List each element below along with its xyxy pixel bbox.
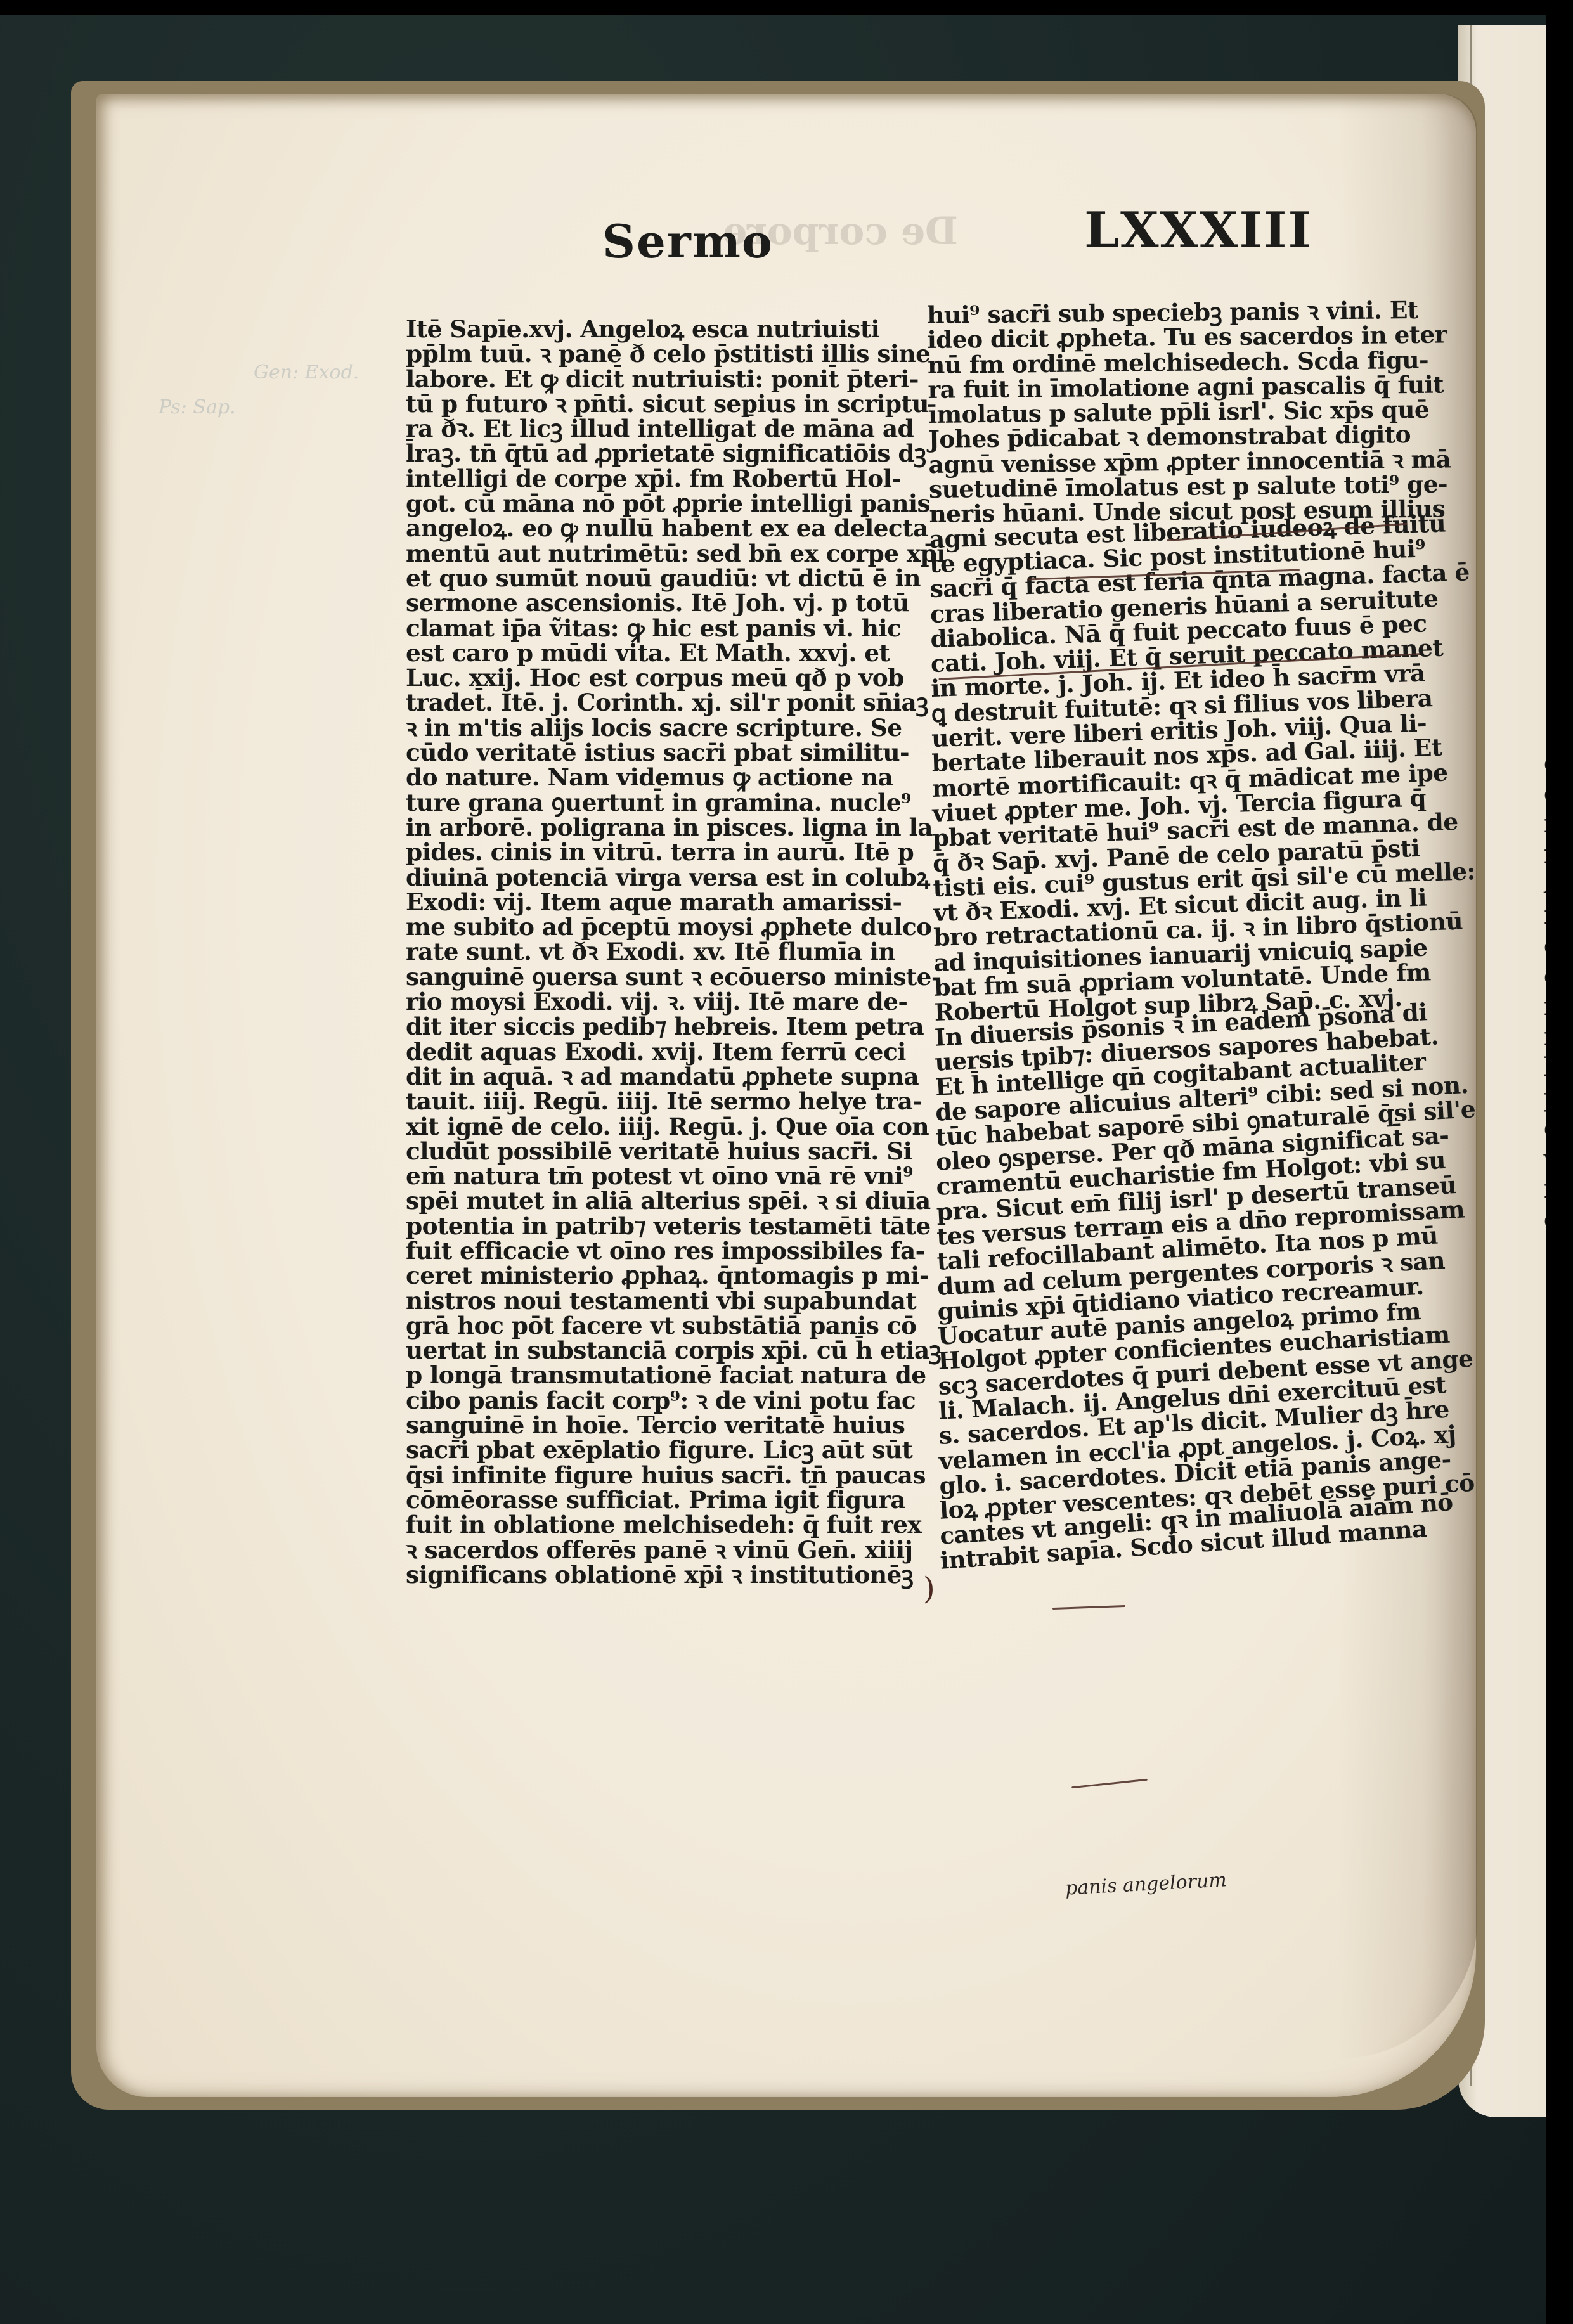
text-line: potentia in patrib⁊ veteris testamēti tā…: [406, 1214, 907, 1239]
text-line: uertat in substanciā corpis xp̄i. cū h̄ …: [406, 1338, 907, 1363]
text-line: ceret ministerio ꝓphaꝝ. q̄ntomagis p mi-: [406, 1263, 907, 1288]
text-line: l̄raꝫ. tn̄ q̄tū ad ꝓprietatē significati…: [406, 441, 907, 466]
text-line: xit ignē de celo. iiij. Regū. j. Que oīa…: [406, 1114, 907, 1139]
running-head-title: Sermo: [602, 214, 774, 268]
text-line: cōmēorasse sufficiat. Prima igit̄ figura: [406, 1488, 907, 1513]
text-line: p longā transmutationē faciat natura de: [406, 1363, 907, 1388]
text-line: tū p futuro ꝛ pn̄ti. sicut sepius in scr…: [406, 392, 907, 416]
text-line: sacr̄i pbat exēplatio figure. Licꝫ aūt s…: [406, 1438, 907, 1462]
text-line: angeloꝝ. eo ꝙ nullū habent ex ea delecta: [406, 516, 907, 541]
text-line: grā hoc pōt facere vt substātiā panis cō: [406, 1314, 907, 1338]
text-line: sanguinē in hoīe. Tercio veritatē huius: [406, 1413, 907, 1438]
text-line: q̄si infinite figure huius sacr̄i. tn̄ p…: [406, 1463, 907, 1488]
text-line: do nature. Nam videmus ꝙ actione na: [406, 765, 907, 790]
text-line: labore. Et ꝙ dicit̄ nutriuisti: ponit̄ p…: [406, 367, 907, 392]
text-line: intelligi de corpe xp̄i. fm Robertū Hol-: [406, 467, 907, 491]
text-line: dit iter siccis pedib⁊ hebreis. Item pet…: [406, 1014, 907, 1039]
text-line: in arborē. poligrana in pisces. ligna in…: [406, 815, 907, 840]
text-column-left: Itē Sapīe.xvj. Angeloꝝ esca nutriuistipp…: [406, 317, 907, 1587]
text-line: significans oblationē xp̄i ꝛ institution…: [406, 1563, 907, 1587]
text-line: sanguinē ꝯuersa sunt ꝛ ecōuerso ministe-: [406, 965, 907, 990]
text-column-right: hui⁹ sacr̄i sub speciebꝫ panis ꝛ vini. E…: [927, 298, 1435, 1573]
text-line: est caro p mūdi vita. Et Math. xxvj. et: [406, 641, 907, 666]
text-line: nistros noui testamenti vbi supabundat: [406, 1289, 907, 1314]
text-line: Itē Sapīe.xvj. Angeloꝝ esca nutriuisti: [406, 317, 907, 342]
scan-border-top: [0, 0, 1573, 15]
faint-margin-note: Ps: Sap.: [159, 396, 236, 418]
text-line: got. cū māna nō pōt ꝓprie intelligi pani…: [406, 491, 907, 516]
text-line: cibo panis facit corp⁹: ꝛ de vini potu f…: [406, 1388, 907, 1413]
text-line: et quo sumūt nouū gaudiū: vt dictū ē in: [406, 566, 907, 591]
text-line: cludūt possibilē veritatē huius sacr̄i. …: [406, 1139, 907, 1164]
text-line: Luc. xxij. Hoc est corpus meū qð p vob: [406, 666, 907, 690]
text-line: ture grana ꝯuertunt̄ in gramina. nucle⁹: [406, 791, 907, 815]
text-line: fuit efficacie vt oīno res impossibiles …: [406, 1239, 907, 1263]
text-line: cūdo veritatē istius sacr̄i pbat similit…: [406, 740, 907, 765]
scan-border-right: [1546, 0, 1573, 2324]
text-line: ꝛ in m'tis alijs locis sacre scripture. …: [406, 716, 907, 740]
text-line: pides. cinis in vitrū. terra in aurū. It…: [406, 840, 907, 865]
text-line: spēi mutet in aliā alterius spēi. ꝛ si d…: [406, 1189, 907, 1213]
text-line: diuinā potenciā virga versa est in colub…: [406, 865, 907, 890]
text-line: ꝛ sacerdos offerēs panē ꝛ vinū Gen̄. xii…: [406, 1538, 907, 1563]
manuscript-bracket: ): [923, 1571, 935, 1606]
folio-number: LXXXIII: [1084, 202, 1312, 259]
text-line: mentū aut nutrimētū: sed bn̄ ex corpe xp…: [406, 541, 907, 566]
running-head: Sermo LXXXIII: [602, 202, 1331, 278]
text-line: rio moysi Exodi. vij. ꝛ. viij. Itē mare …: [406, 990, 907, 1014]
text-line: em̄ natura tm̄ potest vt oīno vnā rē vni…: [406, 1164, 907, 1189]
faint-margin-note: Gen: Exod.: [254, 361, 359, 384]
text-line: Exodi: vij. Item aque marath amarissi-: [406, 890, 907, 915]
text-line: me subito ad p̄ceptū moysi ꝓphete dulco: [406, 915, 907, 939]
text-line: rate sunt. vt ðꝛ Exodi. xv. Itē flumīa i…: [406, 939, 907, 964]
text-line: sermone ascensionis. Itē Joh. vj. p totū: [406, 591, 907, 616]
text-line: fuit in oblatione melchisedeh: q̄ fuit r…: [406, 1513, 907, 1537]
text-line: ra ðꝛ. Et licꝫ illud intelligat̄ de māna…: [406, 416, 907, 441]
text-line: dit in aquā. ꝛ ad mandatū ꝓphete supna: [406, 1064, 907, 1089]
text-line: clamat ip̄a ṽitas: ꝙ hic est panis vi. h…: [406, 616, 907, 641]
text-line: tradet̄. Itē. j. Corinth. xj. sil'r poni…: [406, 690, 907, 715]
text-line: tauit. iiij. Regū. iiij. Itē sermo helye…: [406, 1089, 907, 1114]
text-line: dedit aquas Exodi. xvij. Item ferrū ceci: [406, 1040, 907, 1064]
text-line: pp̄lm tuū. ꝛ panē ð celo p̄stitisti illi…: [406, 342, 907, 366]
